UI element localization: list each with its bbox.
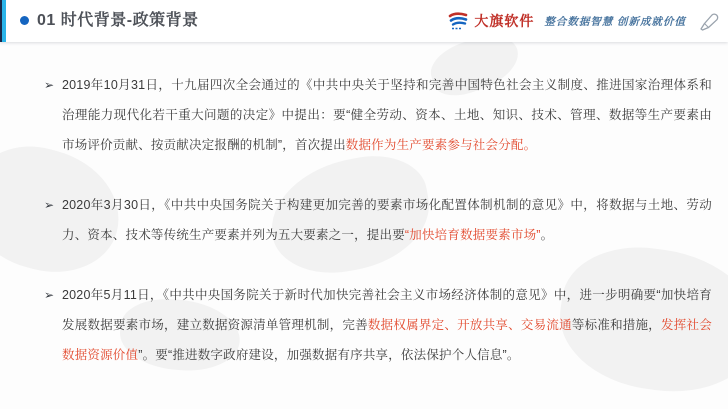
paragraph-text: ”。要“推进数字政府建设，加强数据有序共享，依法保护个人信息”。: [138, 348, 519, 362]
paragraph-highlight: 数据权属界定、开放共享、交易流通: [368, 318, 572, 332]
brand-name: 大旗软件: [474, 11, 534, 31]
arrow-bullet: ➢: [44, 70, 54, 100]
policy-paragraph-2020-march: ➢2020年3月30日，《中共中央国务院关于构建更加完善的要素市场化配置体制机制…: [44, 190, 712, 250]
paragraph-highlight: “加快培育数据要素市场”: [405, 228, 541, 242]
paragraph-highlight: 数据作为生产要素参与社会分配。: [346, 138, 537, 152]
paragraph-text: 2020年3月30日，《中共中央国务院关于构建更加完善的要素市场化配置体制机制的…: [62, 198, 712, 242]
pen-icon: [696, 9, 720, 33]
arrow-bullet: ➢: [44, 190, 54, 220]
brand-slogan: 整合数据智慧 创新成就价值: [544, 14, 686, 29]
paragraph-text: 等标准和措施，: [572, 318, 661, 332]
policy-paragraph-2020-may: ➢2020年5月11日，《中共中央国务院关于新时代加快完善社会主义市场经济体制的…: [44, 280, 712, 370]
arrow-bullet: ➢: [44, 280, 54, 310]
slide-header: 01 时代背景-政策背景 大旗软件 整合数据智慧 创新成就价值: [0, 0, 728, 42]
brand-area: 大旗软件 整合数据智慧 创新成就价值: [448, 0, 720, 42]
slide-body: ➢2019年10月31日，十九届四次全会通过的《中共中央关于坚持和完善中国特色社…: [44, 70, 712, 370]
left-accent-bar: [0, 0, 6, 42]
flag-logo-icon: [448, 11, 468, 31]
title-bullet-dot: [20, 16, 29, 25]
policy-paragraph-2019: ➢2019年10月31日，十九届四次全会通过的《中共中央关于坚持和完善中国特色社…: [44, 70, 712, 160]
paragraph-text: 。: [541, 228, 554, 242]
page-title: 01 时代背景-政策背景: [37, 0, 199, 42]
